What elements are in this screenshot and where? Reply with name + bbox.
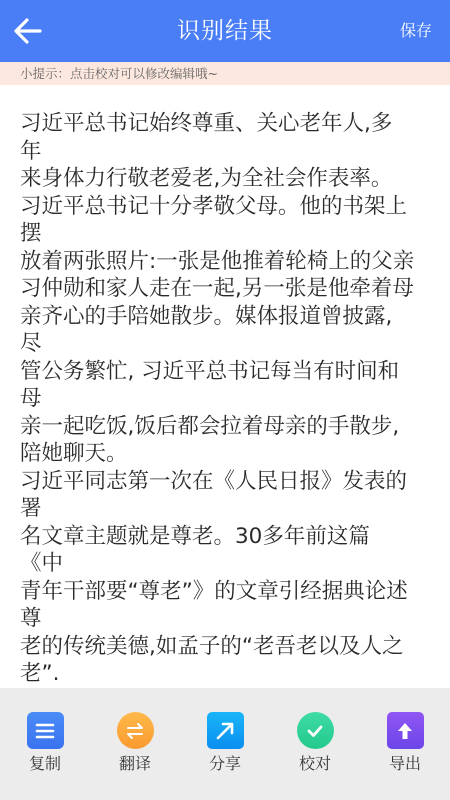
text-line: 署 [20,495,435,523]
text-line: 名文章主题就是尊老。30多年前这篇 [20,523,435,551]
text-line: 来身体力行敬老爱老,为全社会作表率。 [20,165,435,193]
text-line: 习仲勋和家人走在一起,另一张是他牵着母 [20,275,435,303]
save-button[interactable]: 保存 [400,0,432,62]
share-button[interactable]: 分享 [190,712,260,774]
share-label: 分享 [190,754,260,774]
text-line: 尽 [20,330,435,358]
text-line: 习近平总书记始终尊重、关心老年人,多 [20,110,435,138]
text-line: 亲一起吃饭,饭后都会拉着母亲的手散步, [20,413,435,441]
text-line: 母 [20,385,435,413]
bottom-toolbar: 复制 翻译 分享 校对 导出 [0,688,450,800]
text-line: 老的传统美德,如孟子的“老吾老以及人之 [20,633,435,661]
text-line: 《中 [20,550,435,578]
app-header: 识别结果 保存 [0,0,450,62]
translate-label: 翻译 [100,754,170,774]
proofread-label: 校对 [280,754,350,774]
text-line: 管公务繁忙, 习近平总书记每当有时间和 [20,358,435,386]
text-line: 老”. [20,660,435,688]
recognized-text-area[interactable]: 习近平总书记始终尊重、关心老年人,多 年 来身体力行敬老爱老,为全社会作表率。 … [20,110,435,688]
text-line: 年 [20,138,435,166]
text-line: 青年干部要“尊老”》的文章引经据典论述 [20,578,435,606]
copy-button[interactable]: 复制 [10,712,80,774]
text-line: 习近平总书记十分孝敬父母。他的书架上 [20,193,435,221]
tip-banner: 小提示：点击校对可以修改编辑哦~ [0,62,450,85]
text-line: 习近平同志第一次在《人民日报》发表的 [20,468,435,496]
translate-swap-icon [117,712,154,749]
share-arrow-icon [207,712,244,749]
export-label: 导出 [370,754,440,774]
check-icon [297,712,334,749]
translate-button[interactable]: 翻译 [100,712,170,774]
text-line: 放着两张照片:一张是他推着轮椅上的父亲 [20,248,435,276]
text-line: 亲齐心的手陪她散步。媒体报道曾披露, [20,303,435,331]
copy-list-icon [27,712,64,749]
text-line: 尊 [20,605,435,633]
export-arrow-up-icon [387,712,424,749]
copy-label: 复制 [10,754,80,774]
proofread-button[interactable]: 校对 [280,712,350,774]
text-line: 陪她聊天。 [20,440,435,468]
export-button[interactable]: 导出 [370,712,440,774]
text-line: 摆 [20,220,435,248]
page-title: 识别结果 [0,0,450,62]
